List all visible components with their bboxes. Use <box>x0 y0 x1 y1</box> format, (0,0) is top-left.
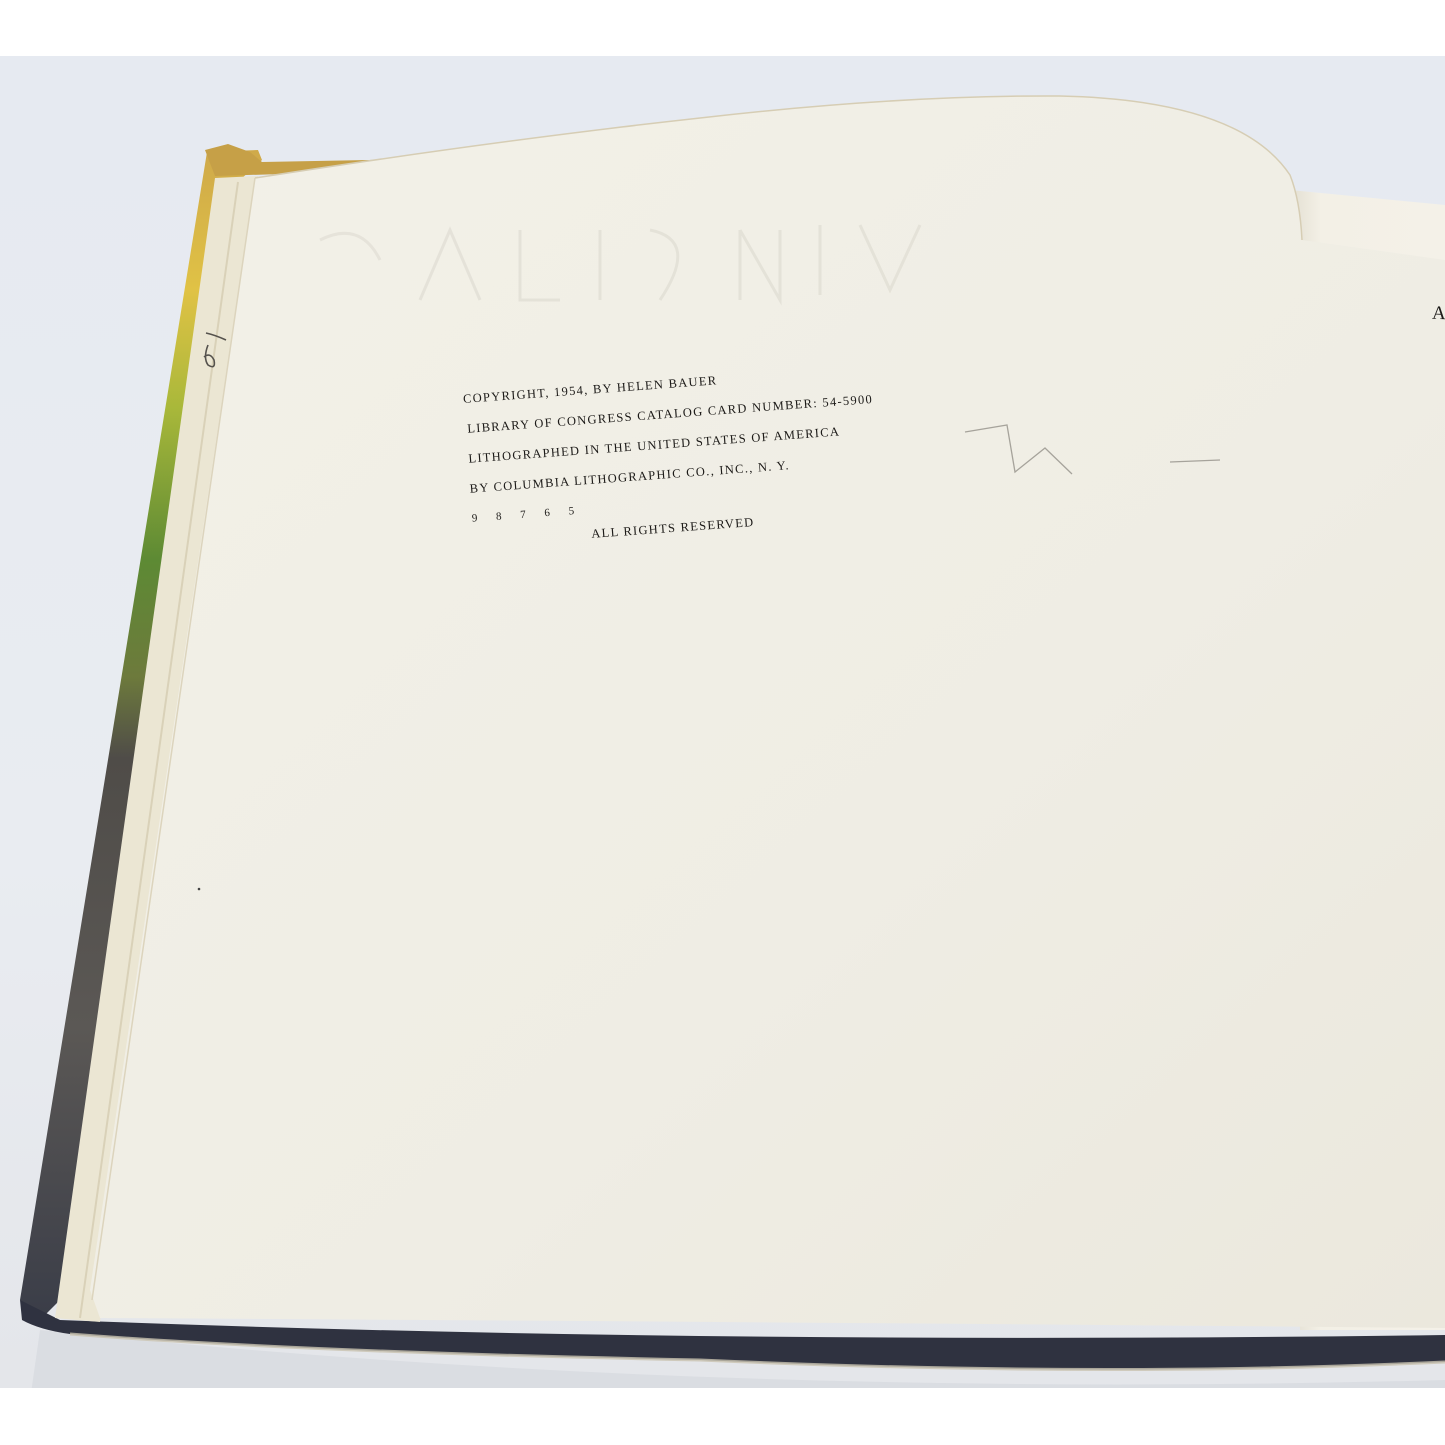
book-illustration <box>0 56 1445 1388</box>
facing-page-letter: A <box>1432 303 1445 325</box>
book-photo: COPYRIGHT, 1954, BY HELEN BAUER LIBRARY … <box>0 56 1445 1388</box>
copyright-text-block: COPYRIGHT, 1954, BY HELEN BAUER LIBRARY … <box>462 354 882 557</box>
